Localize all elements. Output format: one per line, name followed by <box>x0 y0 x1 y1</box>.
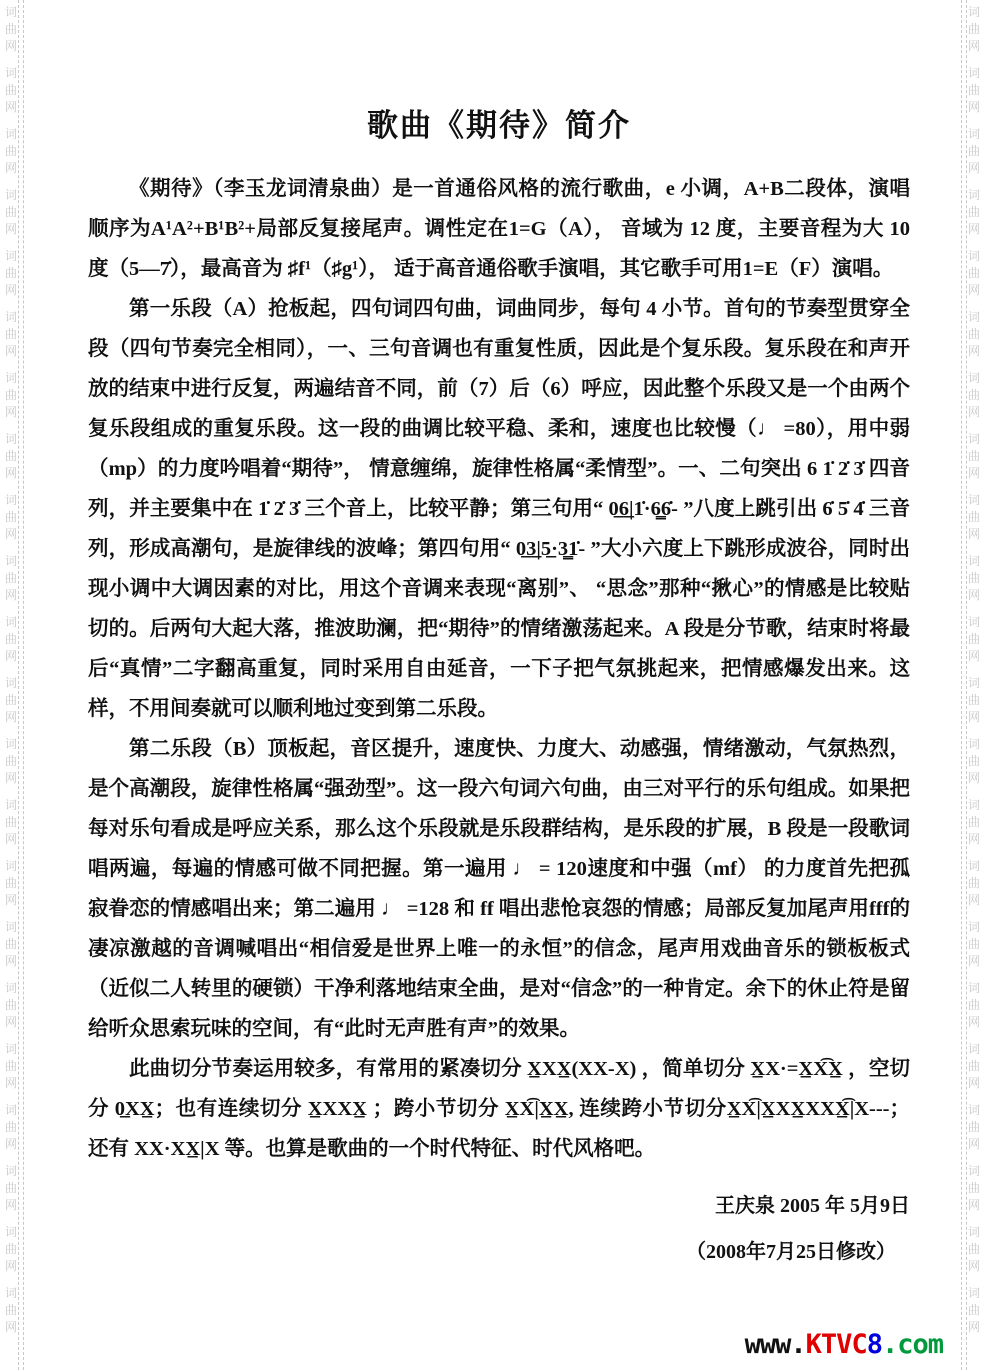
watermark-text: 词曲网 <box>968 919 980 970</box>
watermark-text: 词曲网 <box>968 248 980 299</box>
watermark-text: 词曲网 <box>968 553 980 604</box>
watermark-text: 词曲网 <box>968 1163 980 1214</box>
watermark-text: 词曲网 <box>968 1224 980 1275</box>
watermark-text: 词曲网 <box>5 126 17 177</box>
paragraph-section-b: 第二乐段（B）顶板起，音区提升，速度快、力度大、动感强，情绪激动，气氛热烈，是个… <box>88 729 910 1049</box>
watermark-text: 词曲网 <box>5 248 17 299</box>
ktvc8-watermark-logo: www.KTVC8.com <box>745 1329 943 1360</box>
watermark-text: 词曲网 <box>5 1224 17 1275</box>
watermark-text: 词曲网 <box>5 736 17 787</box>
watermark-text: 词曲网 <box>5 4 17 55</box>
watermark-text: 词曲网 <box>5 187 17 238</box>
watermark-text: 词曲网 <box>5 431 17 482</box>
watermark-text: 词曲网 <box>5 553 17 604</box>
document-body: 歌曲《期待》简介 《期待》（李玉龙词清泉曲）是一首通俗风格的流行歌曲，e 小调，… <box>88 100 910 1275</box>
watermark-text: 词曲网 <box>968 858 980 909</box>
watermark-text: 词曲网 <box>968 1102 980 1153</box>
watermark-text: 词曲网 <box>5 797 17 848</box>
watermark-text: 词曲网 <box>968 980 980 1031</box>
watermark-text: 词曲网 <box>968 370 980 421</box>
watermark-text: 词曲网 <box>968 736 980 787</box>
logo-text-part: www. <box>745 1329 806 1360</box>
watermark-text: 词曲网 <box>5 858 17 909</box>
watermark-text: 词曲网 <box>968 126 980 177</box>
right-dashed-border <box>961 0 967 1370</box>
watermark-text: 词曲网 <box>968 65 980 116</box>
logo-text-part: KTVC <box>806 1329 867 1360</box>
watermark-text: 词曲网 <box>968 492 980 543</box>
signature-block: 王庆泉 2005 年 5月9日 （2008年7月25日修改） <box>88 1183 910 1275</box>
watermark-text: 词曲网 <box>5 492 17 543</box>
paragraph-intro: 《期待》（李玉龙词清泉曲）是一首通俗风格的流行歌曲，e 小调，A+B二段体，演唱… <box>88 169 910 289</box>
watermark-text: 词曲网 <box>968 4 980 55</box>
watermark-text: 词曲网 <box>5 370 17 421</box>
watermark-text: 词曲网 <box>968 614 980 665</box>
watermark-text: 词曲网 <box>5 1102 17 1153</box>
watermark-text: 词曲网 <box>5 1285 17 1336</box>
left-dashed-border <box>18 0 24 1370</box>
watermark-text: 词曲网 <box>968 1041 980 1092</box>
watermark-text: 词曲网 <box>5 65 17 116</box>
watermark-text: 词曲网 <box>5 1041 17 1092</box>
watermark-text: 词曲网 <box>5 980 17 1031</box>
paragraph-section-a: 第一乐段（A）抢板起，四句词四句曲，词曲同步，每句 4 小节。首句的节奏型贯穿全… <box>88 289 910 729</box>
watermark-text: 词曲网 <box>968 431 980 482</box>
watermark-text: 词曲网 <box>968 797 980 848</box>
page-title: 歌曲《期待》简介 <box>88 100 910 145</box>
watermark-text: 词曲网 <box>5 309 17 360</box>
logo-text-part: .com <box>882 1329 943 1360</box>
watermark-text: 词曲网 <box>5 919 17 970</box>
watermark-text: 词曲网 <box>5 614 17 665</box>
signature-revision: （2008年7月25日修改） <box>88 1229 910 1275</box>
watermark-text: 词曲网 <box>968 1285 980 1336</box>
paragraph-syncopation: 此曲切分节奏运用较多，有常用的紧凑切分 X̲XX̲(XX-X) ，简单切分 X̲… <box>88 1049 910 1169</box>
watermark-text: 词曲网 <box>968 309 980 360</box>
signature-author-date: 王庆泉 2005 年 5月9日 <box>88 1183 910 1229</box>
watermark-text: 词曲网 <box>968 675 980 726</box>
watermark-text: 词曲网 <box>5 675 17 726</box>
document-page: 词曲网词曲网词曲网词曲网词曲网词曲网词曲网词曲网词曲网词曲网词曲网词曲网词曲网词… <box>0 0 985 1370</box>
watermark-text: 词曲网 <box>5 1163 17 1214</box>
watermark-text: 词曲网 <box>968 187 980 238</box>
watermark-column-right: 词曲网词曲网词曲网词曲网词曲网词曲网词曲网词曲网词曲网词曲网词曲网词曲网词曲网词… <box>965 0 983 1370</box>
logo-text-part: 8 <box>867 1329 882 1360</box>
